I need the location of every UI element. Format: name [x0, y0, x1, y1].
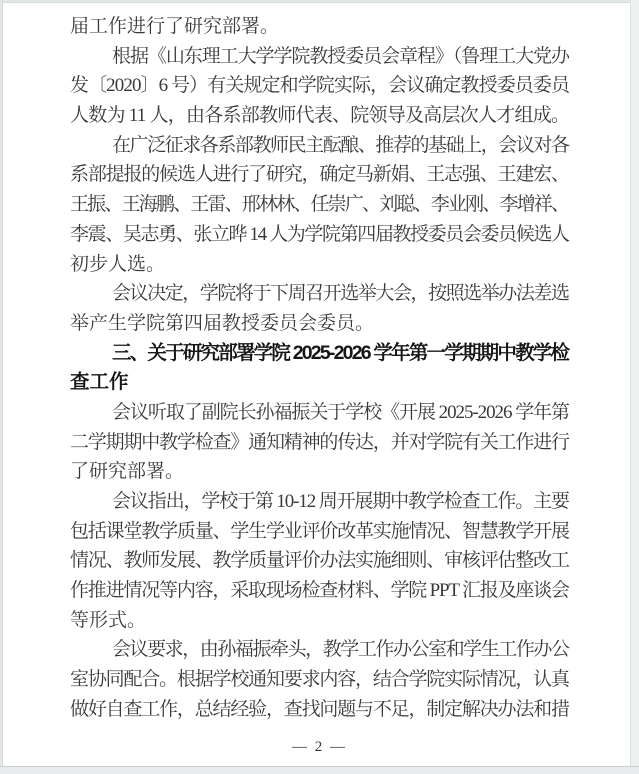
text-line: 二学期期中教学检查》通知精神的传达，并对学院有关工作进行	[70, 428, 570, 458]
text-line: 会议决定，学院将于下周召开选举大会，按照选举办法差选	[70, 279, 570, 309]
text-line: 初步人选。	[70, 250, 570, 280]
section-heading-line: 三、关于研究部署学院 2025-2026 学年第一学期期中教学检	[70, 339, 570, 369]
text-line: 发〔2020〕6 号）有关规定和学院实际，会议确定教授委员委员	[70, 71, 570, 101]
page-edge-right	[631, 0, 639, 774]
text-line: 情况、教师发展、教学质量评价办法实施细则、审核评估整改工	[70, 546, 570, 576]
page: 届工作进行了研究部署。根据《山东理工大学学院教授委员会章程》（鲁理工大党办发〔2…	[0, 0, 639, 774]
text-line: 李震、吴志勇、张立晔 14 人为学院第四届教授委员会委员候选人	[70, 220, 570, 250]
text-line: 室协同配合。根据学校通知要求内容，结合学院实际情况，认真	[70, 665, 570, 695]
text-line: 作推进情况等内容，采取现场检查材料、学院 PPT 汇报及座谈会	[70, 576, 570, 606]
page-edge-left	[0, 0, 3, 774]
text-line: 举产生学院第四届教授委员会委员。	[70, 309, 570, 339]
text-line: 等形式。	[70, 606, 570, 636]
page-number: — 2 —	[0, 736, 639, 758]
text-line: 会议听取了副院长孙福振关于学校《开展 2025-2026 学年第	[70, 398, 570, 428]
page-edge-top	[0, 0, 639, 3]
page-edge-bottom	[0, 766, 639, 774]
text-line: 做好自查工作，总结经验，查找问题与不足，制定解决办法和措	[70, 695, 570, 725]
text-line: 根据《山东理工大学学院教授委员会章程》（鲁理工大党办	[70, 42, 570, 72]
text-line: 包括课堂教学质量、学生学业评价改革实施情况、智慧教学开展	[70, 517, 570, 547]
text-line: 届工作进行了研究部署。	[70, 12, 570, 42]
text-line: 会议指出，学校于第 10-12 周开展期中教学检查工作。主要	[70, 487, 570, 517]
text-line: 在广泛征求各系部教师民主酝酿、推荐的基础上，会议对各	[70, 131, 570, 161]
text-line: 系部提报的候选人进行了研究，确定马新娟、王志强、王建宏、	[70, 160, 570, 190]
text-line: 会议要求，由孙福振牵头，教学工作办公室和学生工作办公	[70, 635, 570, 665]
text-line: 了研究部署。	[70, 457, 570, 487]
section-heading-line: 查工作	[70, 368, 570, 398]
document-body: 届工作进行了研究部署。根据《山东理工大学学院教授委员会章程》（鲁理工大党办发〔2…	[70, 12, 570, 725]
text-line: 人数为 11 人，由各系部教师代表、院领导及高层次人才组成。	[70, 101, 570, 131]
text-line: 王振、王海鹏、王雷、邢林林、任崇广、刘聪、李业刚、李增祥、	[70, 190, 570, 220]
